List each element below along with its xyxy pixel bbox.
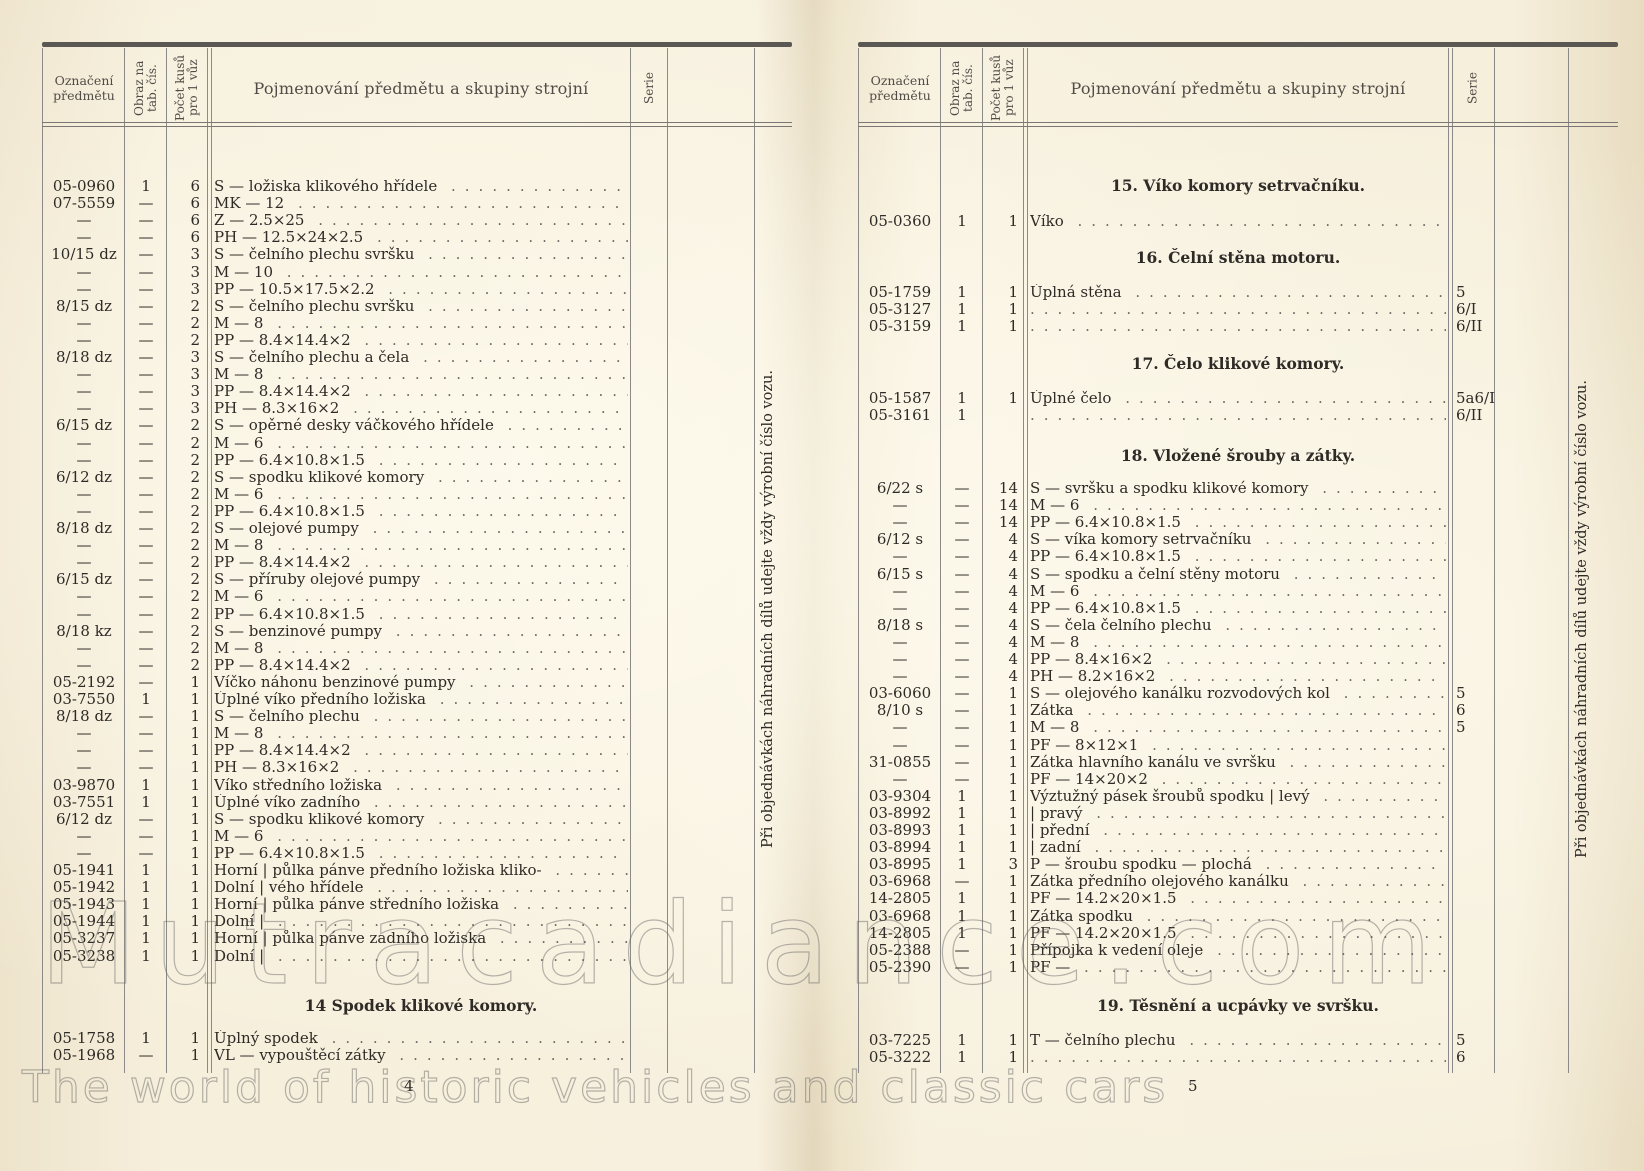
figure-number: 1 — [126, 691, 166, 708]
table-row: 05-175811Úplný spodek ..................… — [42, 1030, 792, 1047]
figure-number: — — [942, 754, 982, 771]
part-code: 03-8994 — [860, 839, 940, 856]
quantity: 3 — [168, 264, 200, 281]
series: 5 — [1456, 1032, 1496, 1049]
section-heading: 18. Vložené šrouby a zátky. — [1028, 446, 1448, 465]
description-text: Zátka — [1030, 702, 1073, 719]
figure-number: 1 — [942, 390, 982, 407]
figure-number: 1 — [126, 777, 166, 794]
header-count: Počet kusů pro 1 vůz — [984, 52, 1022, 124]
leader-dots: ........................................ — [351, 332, 628, 349]
description-text: PH — 8.3×16×2 — [214, 400, 339, 417]
part-description: S — svršku a spodku klikové komory .....… — [1030, 480, 1446, 497]
part-code: 8/18 kz — [44, 623, 124, 640]
quantity: 4 — [984, 651, 1018, 668]
top-rule — [858, 42, 1618, 47]
part-description: S — čelního plechu .....................… — [214, 708, 628, 725]
part-code: — — [44, 212, 124, 229]
table-row: 6/15 dz—2S — příruby olejové pumpy .....… — [42, 571, 792, 588]
part-code: 8/10 s — [860, 702, 940, 719]
table-row: ——3PP — 8.4×14.4×2 .....................… — [42, 383, 792, 400]
leader-dots: ........................................ — [318, 1030, 628, 1047]
part-description: S — víka komory setrvačníku ............… — [1030, 531, 1446, 548]
part-description: P — šroubu spodku — plochá .............… — [1030, 856, 1446, 873]
part-description: Víko ...................................… — [1030, 213, 1446, 230]
part-description: | přední ...............................… — [1030, 822, 1446, 839]
figure-number: — — [126, 383, 166, 400]
table-row: 6/15 dz—2S — opěrné desky váčkového hříd… — [42, 417, 792, 434]
leader-dots: ........................................ — [1030, 407, 1446, 424]
header-serie: Serie — [1452, 52, 1494, 124]
figure-number: — — [126, 264, 166, 281]
leader-dots: ........................................ — [365, 845, 628, 862]
part-code: — — [860, 737, 940, 754]
part-description: PP — 6.4×10.8×1.5 ......................… — [214, 503, 628, 520]
part-code: 05-3127 — [860, 301, 940, 318]
part-code: 05-2192 — [44, 674, 124, 691]
leader-dots: ........................................ — [1181, 548, 1446, 565]
quantity: 1 — [168, 725, 200, 742]
figure-number: — — [126, 828, 166, 845]
part-code: — — [44, 828, 124, 845]
quantity: 4 — [984, 548, 1018, 565]
leader-dots: ........................................ — [414, 298, 628, 315]
part-description: M — 8 ..................................… — [214, 537, 628, 554]
table-header: Označení předmětu Obraz na tab. čís. Poč… — [858, 48, 1618, 128]
leader-dots: ........................................ — [382, 777, 628, 794]
description-text: M — 8 — [214, 537, 263, 554]
figure-number: — — [126, 845, 166, 862]
part-code: — — [860, 771, 940, 788]
table-row: ——2PP — 6.4×10.8×1.5 ...................… — [42, 452, 792, 469]
description-text: PP — 6.4×10.8×1.5 — [214, 606, 365, 623]
header-obraz: Obraz na tab. čís. — [126, 52, 166, 124]
figure-number: 1 — [126, 1030, 166, 1047]
table-row: 03-899211| pravý .......................… — [858, 805, 1618, 822]
part-description: Víčko náhonu benzinové pumpy ...........… — [214, 674, 628, 691]
figure-number: — — [942, 719, 982, 736]
leader-dots: ........................................ — [1138, 737, 1446, 754]
figure-number: — — [942, 634, 982, 651]
figure-number: — — [942, 771, 982, 788]
part-code: — — [860, 668, 940, 685]
part-description: PP — 8.4×14.4×2 ........................… — [214, 383, 628, 400]
part-description: PP — 8.4×14.4×2 ........................… — [214, 554, 628, 571]
leader-dots: ........................................ — [1079, 497, 1446, 514]
quantity: 2 — [168, 332, 200, 349]
part-description: ........................................ — [1030, 301, 1446, 318]
table-row: 8/18 dz—3S — čelního plechu a čela .....… — [42, 349, 792, 366]
quantity: 1 — [984, 771, 1018, 788]
quantity: 2 — [168, 503, 200, 520]
figure-number: — — [126, 623, 166, 640]
part-description: S — čelního plechu svršku ..............… — [214, 298, 628, 315]
leader-dots: ........................................ — [1181, 514, 1446, 531]
watermark-domain: Mutracadiance.com — [40, 880, 1450, 1010]
part-code: — — [44, 264, 124, 281]
leader-dots: ........................................ — [263, 486, 628, 503]
leader-dots: ........................................ — [263, 315, 628, 332]
part-description: PH — 8.2×16×2 ..........................… — [1030, 668, 1446, 685]
quantity: 1 — [984, 719, 1018, 736]
figure-number: — — [942, 685, 982, 702]
table-row: 05-312711 ..............................… — [858, 301, 1618, 318]
part-code: 6/22 s — [860, 480, 940, 497]
quantity: 3 — [168, 383, 200, 400]
part-code: 03-7550 — [44, 691, 124, 708]
table-row: ——2PP — 8.4×14.4×2 .....................… — [42, 657, 792, 674]
leader-dots: ........................................ — [304, 212, 628, 229]
quantity: 1 — [984, 702, 1018, 719]
leader-dots: ........................................ — [1276, 754, 1446, 771]
quantity: 1 — [984, 754, 1018, 771]
figure-number: — — [126, 229, 166, 246]
table-row: ——3PP — 10.5×17.5×2.2 ..................… — [42, 281, 792, 298]
leader-dots: ........................................ — [263, 640, 628, 657]
header-rule — [858, 122, 1618, 127]
description-text: PP — 6.4×10.8×1.5 — [1030, 600, 1181, 617]
table-row: ——1PP — 8.4×14.4×2 .....................… — [42, 742, 792, 759]
leader-dots: ........................................ — [365, 452, 628, 469]
part-description: Víko středního ložiska .................… — [214, 777, 628, 794]
table-row: 10/15 dz—3S — čelního plechu svršku ....… — [42, 246, 792, 263]
part-code: 03-8992 — [860, 805, 940, 822]
figure-number: — — [126, 537, 166, 554]
part-code: 8/18 dz — [44, 708, 124, 725]
table-row: 03-755011Úplné víko předního ložiska ...… — [42, 691, 792, 708]
part-description: S — příruby olejové pumpy ..............… — [214, 571, 628, 588]
part-description: S — čela čelního plechu ................… — [1030, 617, 1446, 634]
order-note-right: Při objednávkách náhradních dílů udejte … — [1574, 298, 1590, 858]
leader-dots: ........................................ — [1148, 771, 1446, 788]
description-text: | přední — [1030, 822, 1090, 839]
figure-number: 1 — [942, 301, 982, 318]
table-row: 6/12 dz—2S — spodku klikové komory .....… — [42, 469, 792, 486]
quantity: 2 — [168, 298, 200, 315]
part-code: — — [860, 719, 940, 736]
part-code: 6/12 s — [860, 531, 940, 548]
description-text: PF — 14×20×2 — [1030, 771, 1148, 788]
leader-dots: ........................................ — [1251, 531, 1446, 548]
description-text: M — 6 — [1030, 583, 1079, 600]
part-description: S — benzinové pumpy ....................… — [214, 623, 628, 640]
description-text: M — 8 — [214, 640, 263, 657]
part-description: Úplné víko předního ložiska ............… — [214, 691, 628, 708]
leader-dots: ........................................ — [1079, 583, 1446, 600]
figure-number: — — [126, 588, 166, 605]
figure-number: — — [126, 400, 166, 417]
figure-number: — — [942, 566, 982, 583]
part-description: M — 6 ..................................… — [1030, 497, 1446, 514]
table-row: 07-5559—6MK — 12 .......................… — [42, 195, 792, 212]
quantity: 3 — [168, 246, 200, 263]
quantity: 4 — [984, 600, 1018, 617]
leader-dots: ........................................ — [365, 503, 628, 520]
quantity: 3 — [168, 400, 200, 417]
part-description: M — 8 ..................................… — [214, 315, 628, 332]
leader-dots: ........................................ — [1152, 651, 1446, 668]
table-row: 8/15 dz—2S — čelního plechu svršku .....… — [42, 298, 792, 315]
part-description: PH — 8.3×16×2 ..........................… — [214, 759, 628, 776]
description-text: PH — 8.3×16×2 — [214, 759, 339, 776]
table-row: 05-158711Úplné čelo ....................… — [858, 390, 1618, 407]
description-text: M — 8 — [214, 725, 263, 742]
table-row: ——14PP — 6.4×10.8×1.5 ..................… — [858, 514, 1618, 531]
table-row: 8/18 dz—1S — čelního plechu ............… — [42, 708, 792, 725]
part-code: — — [860, 651, 940, 668]
leader-dots: ........................................ — [365, 606, 628, 623]
part-code: 05-1758 — [44, 1030, 124, 1047]
part-code: — — [44, 315, 124, 332]
figure-number: — — [126, 332, 166, 349]
table-row: 03-899411| zadní .......................… — [858, 839, 1618, 856]
description-text: S — olejové pumpy — [214, 520, 359, 537]
part-description: | pravý ................................… — [1030, 805, 1446, 822]
description-text: PP — 8.4×14.4×2 — [214, 554, 351, 571]
header-count: Počet kusů pro 1 vůz — [168, 52, 206, 124]
figure-number: — — [126, 657, 166, 674]
table-row: 8/18 dz—2S — olejové pumpy .............… — [42, 520, 792, 537]
header-rule — [42, 122, 792, 127]
part-code: 10/15 dz — [44, 246, 124, 263]
table-row: ——3M — 8 ...............................… — [42, 366, 792, 383]
header-serie: Serie — [632, 52, 667, 124]
figure-number: — — [942, 531, 982, 548]
leader-dots: ........................................ — [494, 417, 628, 434]
description-text: M — 10 — [214, 264, 273, 281]
part-code: 31-0855 — [860, 754, 940, 771]
table-row: ——4PP — 6.4×10.8×1.5 ...................… — [858, 548, 1618, 565]
section-heading: 15. Víko komory setrvačníku. — [1028, 176, 1448, 195]
quantity: 2 — [168, 486, 200, 503]
quantity: 1 — [984, 301, 1018, 318]
leader-dots: ........................................ — [351, 742, 628, 759]
description-text: M — 8 — [1030, 719, 1079, 736]
figure-number: — — [126, 486, 166, 503]
part-description: ........................................ — [1030, 318, 1446, 335]
part-description: M — 8 ..................................… — [214, 725, 628, 742]
part-code: 6/15 s — [860, 566, 940, 583]
figure-number: — — [942, 651, 982, 668]
quantity: 1 — [984, 788, 1018, 805]
quantity: 2 — [168, 623, 200, 640]
part-code: 8/18 dz — [44, 349, 124, 366]
description-text: PP — 8.4×14.4×2 — [214, 742, 351, 759]
series: 6/II — [1456, 318, 1496, 335]
figure-number: — — [126, 742, 166, 759]
part-description: MK — 12 ................................… — [214, 195, 628, 212]
table-row: 05-036011Víko ..........................… — [858, 213, 1618, 230]
description-text: S — spodku klikové komory — [214, 469, 424, 486]
leader-dots: ........................................ — [375, 281, 628, 298]
description-text: Horní | půlka pánve předního ložiska kli… — [214, 862, 542, 879]
description-text: S — olejového kanálku rozvodových kol — [1030, 685, 1330, 702]
part-description: PP — 6.4×10.8×1.5 ......................… — [1030, 514, 1446, 531]
quantity: 4 — [984, 617, 1018, 634]
figure-number: — — [126, 246, 166, 263]
header-name: Pojmenování předmětu a skupiny strojní — [1028, 48, 1448, 128]
table-header: Označení předmětu Obraz na tab. čís. Poč… — [42, 48, 792, 128]
quantity: 2 — [168, 452, 200, 469]
quantity: 2 — [168, 315, 200, 332]
figure-number: — — [942, 600, 982, 617]
quantity: 2 — [168, 640, 200, 657]
table-row: 05-2192—1Víčko náhonu benzinové pumpy ..… — [42, 674, 792, 691]
quantity: 1 — [984, 284, 1018, 301]
leader-dots: ........................................ — [351, 383, 628, 400]
part-code: — — [44, 554, 124, 571]
leader-dots: ........................................ — [263, 435, 628, 452]
leader-dots: ........................................ — [1064, 213, 1446, 230]
leader-dots: ........................................ — [1252, 856, 1446, 873]
header-obraz: Obraz na tab. čís. — [942, 52, 982, 124]
table-row: ——4PP — 6.4×10.8×1.5 ...................… — [858, 600, 1618, 617]
part-description: M — 8 ..................................… — [1030, 634, 1446, 651]
figure-number: — — [942, 737, 982, 754]
table-row: ——2M — 6 ...............................… — [42, 435, 792, 452]
table-row: 6/12 s—4S — víka komory setrvačníku ....… — [858, 531, 1618, 548]
part-code: 05-3161 — [860, 407, 940, 424]
quantity: 14 — [984, 480, 1018, 497]
description-text: S — spodku klikové komory — [214, 811, 424, 828]
description-text: PP — 6.4×10.8×1.5 — [1030, 548, 1181, 565]
description-text: M — 8 — [1030, 634, 1079, 651]
part-code: 05-0960 — [44, 178, 124, 195]
leader-dots: ........................................ — [542, 862, 628, 879]
table-row: ——4PH — 8.2×16×2 .......................… — [858, 668, 1618, 685]
part-description: PH — 12.5×24×2.5 .......................… — [214, 229, 628, 246]
figure-number: 1 — [942, 213, 982, 230]
description-text: Úplné víko zadního — [214, 794, 360, 811]
part-code: — — [44, 366, 124, 383]
figure-number: 1 — [126, 794, 166, 811]
description-text: Víko středního ložiska — [214, 777, 382, 794]
quantity: 14 — [984, 497, 1018, 514]
part-code: 6/12 dz — [44, 469, 124, 486]
part-code: 6/15 dz — [44, 417, 124, 434]
quantity: 4 — [984, 531, 1018, 548]
quantity: 1 — [168, 777, 200, 794]
description-text: S — čelního plechu a čela — [214, 349, 409, 366]
leader-dots: ........................................ — [339, 759, 628, 776]
series: 6 — [1456, 1049, 1496, 1066]
part-description: PP — 8.4×14.4×2 ........................… — [214, 742, 628, 759]
table-row: 6/12 dz—1S — spodku klikové komory .....… — [42, 811, 792, 828]
table-row: 03-899311| přední ......................… — [858, 822, 1618, 839]
part-code: — — [860, 497, 940, 514]
quantity: 6 — [168, 178, 200, 195]
part-description: Zátka hlavního kanálu ve svršku ........… — [1030, 754, 1446, 771]
part-description: PF — 14×20×2 ...........................… — [1030, 771, 1446, 788]
part-description: Z — 2.5×25 .............................… — [214, 212, 628, 229]
table-row: 03-755111Úplné víko zadního ............… — [42, 794, 792, 811]
table-row: 03-987011Víko středního ložiska ........… — [42, 777, 792, 794]
figure-number: — — [126, 811, 166, 828]
description-text: S — čelního plechu svršku — [214, 298, 414, 315]
description-text: S — svršku a spodku klikové komory — [1030, 480, 1308, 497]
quantity: 1 — [168, 862, 200, 879]
quantity: 2 — [168, 588, 200, 605]
table-row: ——2M — 6 ...............................… — [42, 588, 792, 605]
table-row: 8/18 s—4S — čela čelního plechu ........… — [858, 617, 1618, 634]
series: 5 — [1456, 685, 1496, 702]
description-text: PP — 6.4×10.8×1.5 — [1030, 514, 1181, 531]
description-text: Úplné víko předního ložiska — [214, 691, 426, 708]
figure-number: — — [942, 497, 982, 514]
watermark-caption: The world of historic vehicles and class… — [22, 1062, 1168, 1113]
leader-dots: ........................................ — [1073, 702, 1446, 719]
part-code: 07-5559 — [44, 195, 124, 212]
table-row: ——4PP — 8.4×16×2 .......................… — [858, 651, 1618, 668]
description-text: P — šroubu spodku — plochá — [1030, 856, 1252, 873]
part-description: PP — 6.4×10.8×1.5 ......................… — [1030, 600, 1446, 617]
part-code: — — [44, 845, 124, 862]
figure-number: 1 — [126, 862, 166, 879]
header-code: Označení předmětu — [860, 48, 940, 128]
part-code: — — [860, 600, 940, 617]
description-text: | pravý — [1030, 805, 1083, 822]
part-description: Horní | půlka pánve předního ložiska kli… — [214, 862, 628, 879]
description-text: M — 6 — [1030, 497, 1079, 514]
section-heading: 17. Čelo klikové komory. — [1028, 354, 1448, 373]
quantity: 3 — [168, 366, 200, 383]
description-text: Úplný spodek — [214, 1030, 318, 1047]
leader-dots: ........................................ — [1083, 805, 1447, 822]
figure-number: — — [126, 674, 166, 691]
part-description: S — opěrné desky váčkového hřídele .....… — [214, 417, 628, 434]
quantity: 6 — [168, 229, 200, 246]
figure-number: — — [126, 520, 166, 537]
description-text: Zátka hlavního kanálu ve svršku — [1030, 754, 1276, 771]
part-code: — — [44, 537, 124, 554]
table-row: ——2M — 8 ...............................… — [42, 537, 792, 554]
description-text: PP — 8.4×16×2 — [1030, 651, 1152, 668]
figure-number: 1 — [942, 407, 982, 424]
table-row: ——1M — 8 ...............................… — [42, 725, 792, 742]
leader-dots: ........................................ — [263, 828, 628, 845]
table-row: ——6PH — 12.5×24×2.5 ....................… — [42, 229, 792, 246]
table-row: 03-722511T — čelního plechu ............… — [858, 1032, 1618, 1049]
table-row: ——2PP — 8.4×14.4×2 .....................… — [42, 554, 792, 571]
leader-dots: ........................................ — [360, 708, 628, 725]
part-code: — — [44, 657, 124, 674]
figure-number: — — [126, 452, 166, 469]
part-code: 6/15 dz — [44, 571, 124, 588]
leader-dots: ........................................ — [263, 537, 628, 554]
figure-number: — — [942, 702, 982, 719]
description-text: M — 6 — [214, 435, 263, 452]
part-description: S — olejové pumpy ......................… — [214, 520, 628, 537]
part-code: — — [44, 435, 124, 452]
leader-dots: ........................................ — [359, 520, 628, 537]
quantity: 1 — [168, 811, 200, 828]
leader-dots: ........................................ — [363, 229, 628, 246]
leader-dots: ........................................ — [424, 469, 628, 486]
quantity: 2 — [168, 657, 200, 674]
figure-number: — — [126, 349, 166, 366]
table-row: 05-175911Úplná stěna ...................… — [858, 284, 1618, 301]
quantity: 2 — [168, 554, 200, 571]
quantity: 1 — [168, 708, 200, 725]
quantity: 4 — [984, 634, 1018, 651]
quantity: 6 — [168, 195, 200, 212]
table-row: 05-194111Horní | půlka pánve předního lo… — [42, 862, 792, 879]
table-row: 6/22 s—14S — svršku a spodku klikové kom… — [858, 480, 1618, 497]
quantity: 2 — [168, 417, 200, 434]
figure-number: 1 — [942, 1032, 982, 1049]
leader-dots: ........................................ — [339, 400, 628, 417]
table-row: ——2M — 8 ...............................… — [42, 640, 792, 657]
